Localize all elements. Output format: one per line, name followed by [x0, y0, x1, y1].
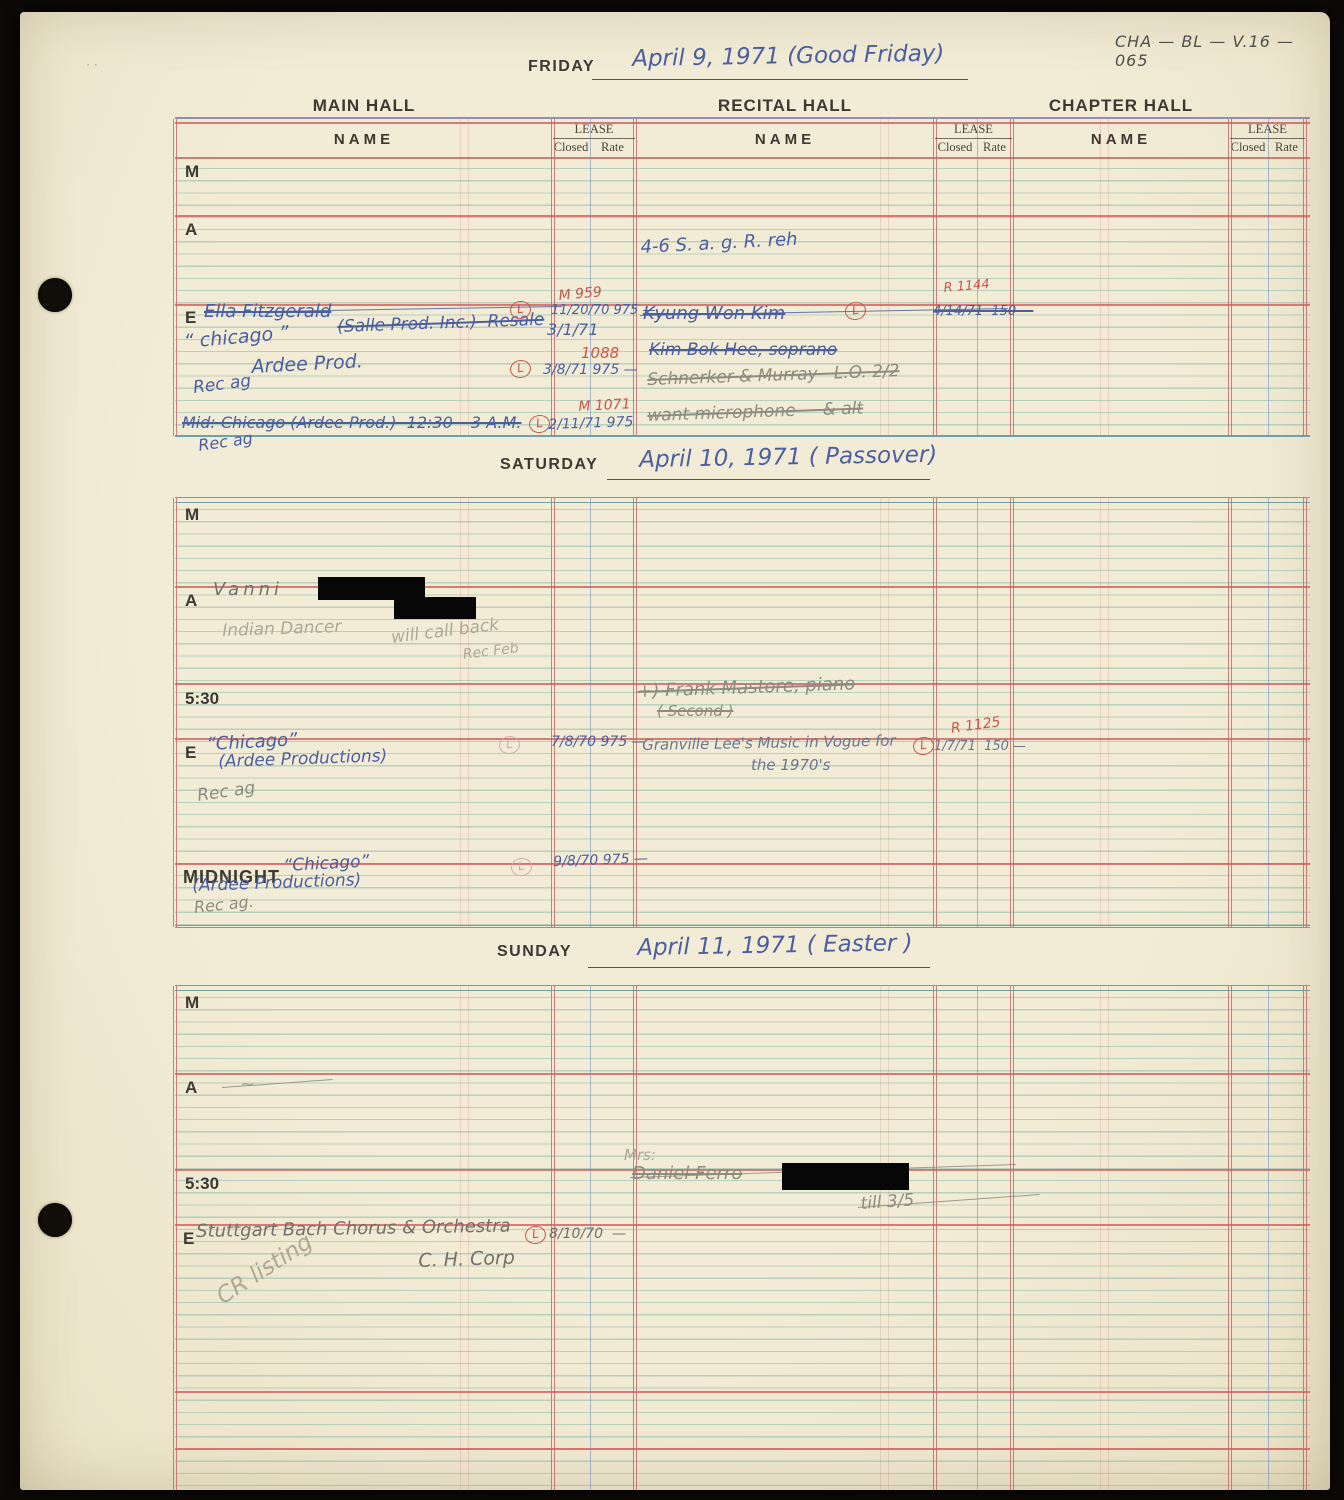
grid-line [175, 435, 1310, 436]
grid-line [933, 986, 937, 1490]
grid-line [175, 502, 1310, 503]
hole-punch [38, 1203, 72, 1237]
grid-line [173, 119, 177, 436]
grid-line [1303, 986, 1307, 1490]
hall-title-recital: RECITAL HALL [635, 96, 935, 116]
grid-line [1010, 986, 1014, 1490]
date-underline [607, 479, 930, 480]
column-header-name-chapter: NAME [1012, 131, 1230, 148]
grid-line [880, 119, 881, 436]
date-underline [592, 79, 968, 80]
grid-line [1268, 119, 1269, 436]
column-header-name-main: NAME [175, 131, 553, 148]
lease-header-main: LEASE [553, 122, 635, 137]
grid-line [633, 119, 637, 436]
day-label-friday: FRIDAY [528, 58, 595, 76]
grid-line [1303, 119, 1307, 436]
time-label-m: M [185, 993, 199, 1013]
grid-line [175, 1448, 1310, 1450]
time-label-a: A [185, 1078, 197, 1098]
ledger-page: CHA — BL — V.16 — 065 FRIDAY April 9, 19… [20, 12, 1330, 1490]
hall-title-main: MAIN HALL [175, 96, 553, 116]
time-label-530: 5:30 [185, 689, 219, 709]
grid-line [468, 986, 469, 1490]
grid-line [551, 986, 555, 1490]
handwritten-date-saturday: April 10, 1971 ( Passover) [639, 442, 938, 473]
date-underline [588, 967, 930, 968]
grid-line [1268, 986, 1269, 1490]
grid-line [175, 1391, 1310, 1393]
grid-line [888, 119, 889, 436]
grid-line [460, 119, 461, 436]
grid-line [468, 119, 469, 436]
grid-line [553, 138, 635, 139]
time-label-m: M [185, 505, 199, 525]
grid-line [1100, 119, 1101, 436]
grid-line [551, 119, 555, 436]
grid-line [175, 1169, 1310, 1171]
grid-line [633, 986, 637, 1490]
rate-header: Rate [977, 140, 1012, 155]
grid-line [175, 738, 1310, 740]
grid-line [175, 990, 1310, 991]
lease-header-recital: LEASE [935, 122, 1012, 137]
time-label-530: 5:30 [185, 1174, 219, 1194]
time-label-m: M [185, 162, 199, 182]
grid-line [1010, 119, 1014, 436]
grid-line [175, 1073, 1310, 1075]
rate-header: Rate [590, 140, 635, 155]
grid-line [175, 157, 1310, 159]
hall-title-chapter: CHAPTER HALL [1012, 96, 1230, 116]
closed-header: Closed [551, 140, 591, 155]
grid-line [460, 986, 461, 1490]
grid-line [1228, 119, 1232, 436]
grid-line [1100, 986, 1101, 1490]
grid-line [1228, 986, 1232, 1490]
time-label-e: E [185, 308, 196, 328]
ruled-lines [175, 157, 1310, 436]
grid-line [175, 863, 1310, 865]
grid-line [935, 138, 1012, 139]
grid-line [175, 304, 1310, 306]
time-label-e: E [183, 1229, 194, 1249]
ruled-lines [175, 986, 1310, 1490]
grid-line [175, 586, 1310, 588]
handwritten-date-friday: April 9, 1971 (Good Friday) [632, 41, 945, 72]
grid-line [173, 986, 177, 1490]
rate-header: Rate [1268, 140, 1305, 155]
grid-line [1108, 986, 1109, 1490]
grid-line [175, 683, 1310, 685]
day-label-saturday: SATURDAY [500, 456, 598, 474]
time-label-a: A [185, 591, 197, 611]
grid-line [590, 119, 591, 436]
grid-line [1230, 138, 1305, 139]
grid-line [933, 119, 937, 436]
grid-line [977, 119, 978, 436]
closed-header: Closed [1228, 140, 1268, 155]
column-header-name-recital: NAME [635, 131, 935, 148]
grid-line [175, 215, 1310, 217]
friday-grid: NAME NAME NAME LEASE LEASE LEASE Closed … [175, 117, 1310, 437]
handwritten-date-sunday: April 11, 1971 ( Easter ) [637, 930, 913, 961]
grid-line [175, 925, 1310, 926]
grid-line [175, 122, 1310, 124]
catalog-number: CHA — BL — V.16 — 065 [1115, 32, 1330, 70]
hole-punch [38, 278, 72, 312]
grid-line [175, 1224, 1310, 1226]
grid-line [880, 986, 881, 1490]
time-label-midnight: MIDNIGHT [183, 867, 280, 888]
time-label-a: A [185, 220, 197, 240]
saturday-grid: M A 5:30 E MIDNIGHT [175, 497, 1310, 928]
grid-line [1108, 119, 1109, 436]
scanned-ledger-screenshot: { "document": { "catalog_number": "CHA —… [0, 0, 1344, 1500]
closed-header: Closed [933, 140, 977, 155]
grid-line [590, 986, 591, 1490]
sunday-grid: M A 5:30 E [175, 985, 1310, 1490]
time-label-e: E [185, 743, 196, 763]
day-label-sunday: SUNDAY [497, 943, 572, 961]
grid-line [888, 986, 889, 1490]
grid-line [977, 986, 978, 1490]
